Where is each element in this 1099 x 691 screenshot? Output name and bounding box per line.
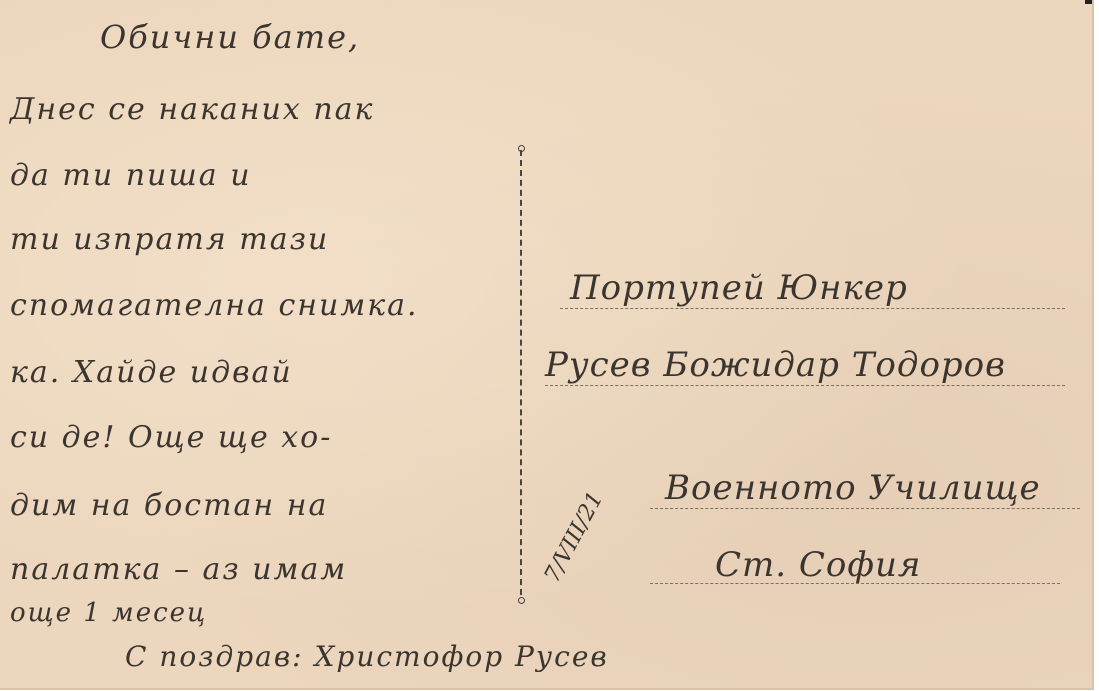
postcard-back: Обични бате, Днес се наканих пак да ти п…	[0, 0, 1094, 690]
message-greeting: Обични бате,	[100, 18, 360, 56]
message-line: още 1 месец	[10, 598, 207, 628]
address-line: Портупей Юнкер	[570, 268, 908, 308]
message-signoff: С поздрав: Христофор Русев	[125, 640, 609, 673]
divider-dot	[518, 145, 525, 152]
vertical-divider	[520, 150, 522, 595]
date-mark: 7/VIII/21	[540, 488, 608, 587]
address-rule	[545, 385, 1065, 386]
address-line: Военното Училище	[665, 468, 1041, 508]
divider-dot	[518, 597, 525, 604]
message-line: ти изпратя тази	[10, 222, 329, 257]
address-rule	[650, 583, 1060, 584]
address-rule	[560, 308, 1065, 309]
address-rule	[650, 508, 1080, 509]
message-line: дим на бостан на	[10, 488, 328, 523]
address-line: Русев Божидар Тодоров	[545, 345, 1006, 385]
scan-edge	[1085, 0, 1092, 4]
message-line: ка. Хайде идвай	[10, 355, 293, 390]
message-line: палатка – аз имам	[10, 552, 347, 587]
address-line: Ст. София	[715, 545, 921, 585]
message-line: спомагателна снимка.	[10, 288, 419, 323]
message-line: Днес се наканих пак	[10, 92, 374, 127]
message-line: си де! Още ще хо-	[10, 420, 332, 455]
message-line: да ти пиша и	[10, 158, 252, 193]
